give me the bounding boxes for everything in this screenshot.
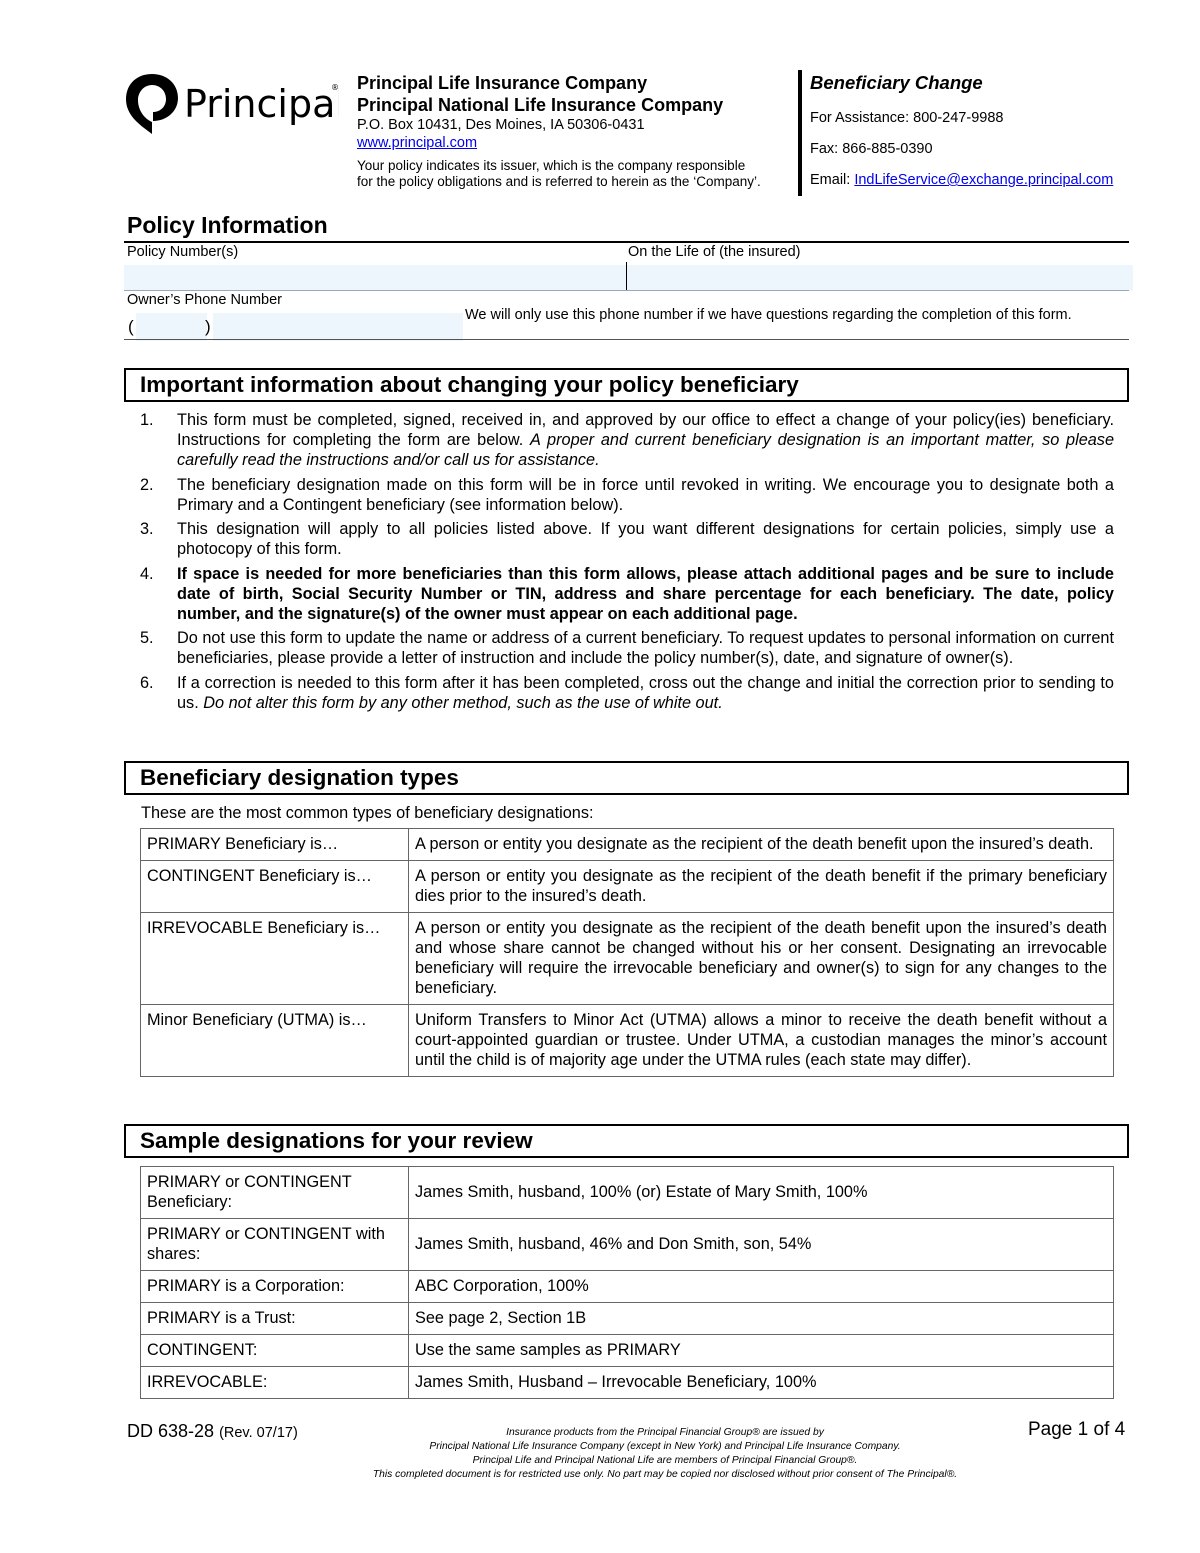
divider — [124, 241, 1129, 243]
item-text: Do not use this form to update the name … — [177, 628, 1114, 668]
important-info-item: 5.Do not use this form to update the nam… — [140, 628, 1114, 668]
company-address: P.O. Box 10431, Des Moines, IA 50306-043… — [357, 116, 797, 134]
designation-type-name: PRIMARY Beneficiary is… — [141, 829, 409, 861]
disclaimer-line: Principal Life and Principal National Li… — [300, 1454, 1030, 1468]
divider — [124, 290, 1129, 291]
company-name-2: Principal National Life Insurance Compan… — [357, 94, 797, 116]
disclaimer-line: Insurance products from the Principal Fi… — [300, 1426, 1030, 1440]
item-number: 1. — [140, 410, 177, 470]
sample-designation-row: PRIMARY is a Corporation:ABC Corporation… — [141, 1271, 1114, 1303]
important-info-list: 1.This form must be completed, signed, r… — [140, 410, 1114, 717]
designation-type-description: Uniform Transfers to Minor Act (UTMA) al… — [409, 1005, 1114, 1077]
insured-name-field[interactable] — [628, 265, 1133, 291]
sample-designation-row: PRIMARY is a Trust:See page 2, Section 1… — [141, 1303, 1114, 1335]
disclaimer-line: This completed document is for restricte… — [300, 1468, 1030, 1482]
item-number: 2. — [140, 475, 177, 515]
sample-label: PRIMARY or CONTINGENT with shares: — [141, 1219, 409, 1271]
policy-number-field-2[interactable] — [224, 265, 325, 291]
important-info-item: 4.If space is needed for more beneficiar… — [140, 564, 1114, 624]
policy-number-field-3[interactable] — [325, 265, 426, 291]
principal-logo: Principal ® — [124, 72, 339, 136]
footer-disclaimer: Insurance products from the Principal Fi… — [300, 1426, 1030, 1482]
designation-types-table: PRIMARY Beneficiary is…A person or entit… — [140, 828, 1114, 1077]
sample-example: ABC Corporation, 100% — [409, 1271, 1114, 1303]
assistance-phone: For Assistance: 800-247-9988 — [810, 109, 1133, 127]
company-name-1: Principal Life Insurance Company — [357, 72, 797, 94]
important-info-header: Important information about changing you… — [124, 368, 1129, 402]
logo-text: Principal — [184, 82, 339, 126]
email-link[interactable]: IndLifeService@exchange.principal.com — [854, 172, 1113, 188]
important-info-item: 6.If a correction is needed to this form… — [140, 673, 1114, 713]
item-text: If a correction is needed to this form a… — [177, 673, 1114, 713]
important-info-item: 3.This designation will apply to all pol… — [140, 519, 1114, 559]
important-info-item: 2.The beneficiary designation made on th… — [140, 475, 1114, 515]
sample-designation-row: IRREVOCABLE:James Smith, Husband – Irrev… — [141, 1367, 1114, 1399]
designation-type-description: A person or entity you designate as the … — [409, 861, 1114, 913]
sample-example: Use the same samples as PRIMARY — [409, 1335, 1114, 1367]
phone-note: We will only use this phone number if we… — [465, 307, 1072, 323]
policy-numbers-label: Policy Number(s) — [127, 244, 238, 260]
designation-type-row: IRREVOCABLE Beneficiary is…A person or e… — [141, 913, 1114, 1005]
policy-number-field-5[interactable] — [526, 265, 629, 291]
form-title-box: Beneficiary Change For Assistance: 800-2… — [798, 70, 1133, 196]
sample-label: PRIMARY is a Corporation: — [141, 1271, 409, 1303]
designation-types-intro: These are the most common types of benef… — [141, 804, 594, 823]
item-number: 4. — [140, 564, 177, 624]
form-number: DD 638-28 (Rev. 07/17) — [127, 1421, 298, 1442]
sample-label: CONTINGENT: — [141, 1335, 409, 1367]
sample-label: PRIMARY or CONTINGENT Beneficiary: — [141, 1167, 409, 1219]
form-title: Beneficiary Change — [810, 70, 1133, 96]
sample-designation-row: CONTINGENT:Use the same samples as PRIMA… — [141, 1335, 1114, 1367]
designation-type-row: CONTINGENT Beneficiary is…A person or en… — [141, 861, 1114, 913]
item-text: This designation will apply to all polic… — [177, 519, 1114, 559]
sample-designation-row: PRIMARY or CONTINGENT Beneficiary:James … — [141, 1167, 1114, 1219]
designation-type-description: A person or entity you designate as the … — [409, 829, 1114, 861]
page-number: Page 1 of 4 — [1028, 1419, 1125, 1441]
item-number: 6. — [140, 673, 177, 713]
item-text: This form must be completed, signed, rec… — [177, 410, 1114, 470]
sample-designations-table: PRIMARY or CONTINGENT Beneficiary:James … — [140, 1166, 1114, 1399]
designation-types-header: Beneficiary designation types — [124, 761, 1129, 795]
disclaimer-line: Principal National Life Insurance Compan… — [300, 1440, 1030, 1454]
phone-label: Owner’s Phone Number — [127, 292, 282, 308]
important-info-item: 1.This form must be completed, signed, r… — [140, 410, 1114, 470]
designation-type-description: A person or entity you designate as the … — [409, 913, 1114, 1005]
issuer-note: Your policy indicates its issuer, which … — [357, 158, 797, 190]
sample-designation-row: PRIMARY or CONTINGENT with shares:James … — [141, 1219, 1114, 1271]
designation-type-row: PRIMARY Beneficiary is…A person or entit… — [141, 829, 1114, 861]
policy-number-field-4[interactable] — [426, 265, 526, 291]
sample-label: PRIMARY is a Trust: — [141, 1303, 409, 1335]
policy-number-field-1[interactable] — [124, 265, 224, 291]
phone-open-paren: ( — [128, 317, 134, 337]
sample-example: James Smith, husband, 46% and Don Smith,… — [409, 1219, 1114, 1271]
designation-type-name: CONTINGENT Beneficiary is… — [141, 861, 409, 913]
svg-text:®: ® — [331, 83, 339, 92]
divider — [626, 262, 627, 290]
item-number: 5. — [140, 628, 177, 668]
policy-information-title: Policy Information — [127, 212, 328, 239]
sample-example: See page 2, Section 1B — [409, 1303, 1114, 1335]
phone-area-code-field[interactable] — [136, 313, 207, 341]
sample-example: James Smith, Husband – Irrevocable Benef… — [409, 1367, 1114, 1399]
email-line: Email: IndLifeService@exchange.principal… — [810, 171, 1133, 189]
item-number: 3. — [140, 519, 177, 559]
company-info: Principal Life Insurance Company Princip… — [357, 72, 797, 190]
website-link[interactable]: www.principal.com — [357, 135, 477, 151]
item-text: The beneficiary designation made on this… — [177, 475, 1114, 515]
designation-type-row: Minor Beneficiary (UTMA) is…Uniform Tran… — [141, 1005, 1114, 1077]
fax-number: Fax: 866-885-0390 — [810, 140, 1133, 158]
designation-type-name: IRREVOCABLE Beneficiary is… — [141, 913, 409, 1005]
divider — [124, 339, 1129, 340]
sample-label: IRREVOCABLE: — [141, 1367, 409, 1399]
designation-type-name: Minor Beneficiary (UTMA) is… — [141, 1005, 409, 1077]
phone-close-paren: ) — [205, 317, 211, 337]
insured-label: On the Life of (the insured) — [628, 244, 801, 260]
item-text: If space is needed for more beneficiarie… — [177, 564, 1114, 624]
phone-number-field[interactable] — [213, 313, 463, 341]
sample-designations-header: Sample designations for your review — [124, 1124, 1129, 1158]
sample-example: James Smith, husband, 100% (or) Estate o… — [409, 1167, 1114, 1219]
